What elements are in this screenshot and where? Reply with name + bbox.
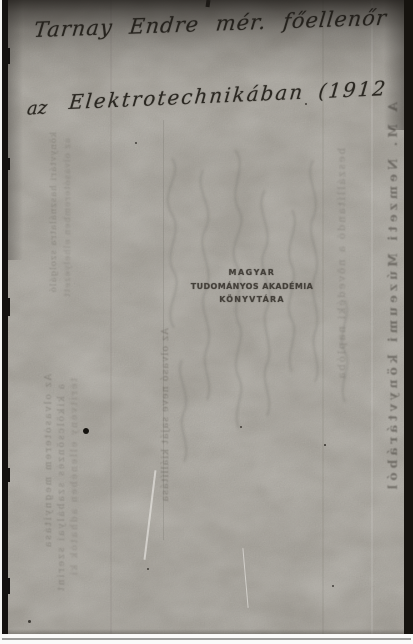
paper: könyvtári használatra szolgáló az olvasó… [7, 0, 404, 634]
scan-border-left [2, 0, 8, 635]
speck [135, 142, 137, 144]
speck [28, 620, 31, 623]
handwritten-note-prefix: az [26, 97, 48, 120]
scan-shadow-top [7, 0, 404, 90]
scan-border-right [404, 0, 413, 636]
ink-dot [83, 428, 89, 434]
speck [332, 585, 334, 587]
scan-edge-line [2, 638, 411, 640]
scanned-page: könyvtári használatra szolgáló az olvasó… [0, 0, 413, 644]
stamp-line-1: MAGYAR [185, 266, 319, 280]
stamp-line-2: TUDOMÁNYOS AKADÉMIA [185, 280, 319, 294]
speck [324, 444, 326, 446]
library-stamp: MAGYAR TUDOMÁNYOS AKADÉMIA KÖNYVTÁRA [185, 266, 319, 307]
speck [305, 103, 307, 105]
speck [147, 568, 149, 570]
stamp-line-3: KÖNYVTÁRA [185, 293, 319, 307]
speck [240, 426, 242, 428]
